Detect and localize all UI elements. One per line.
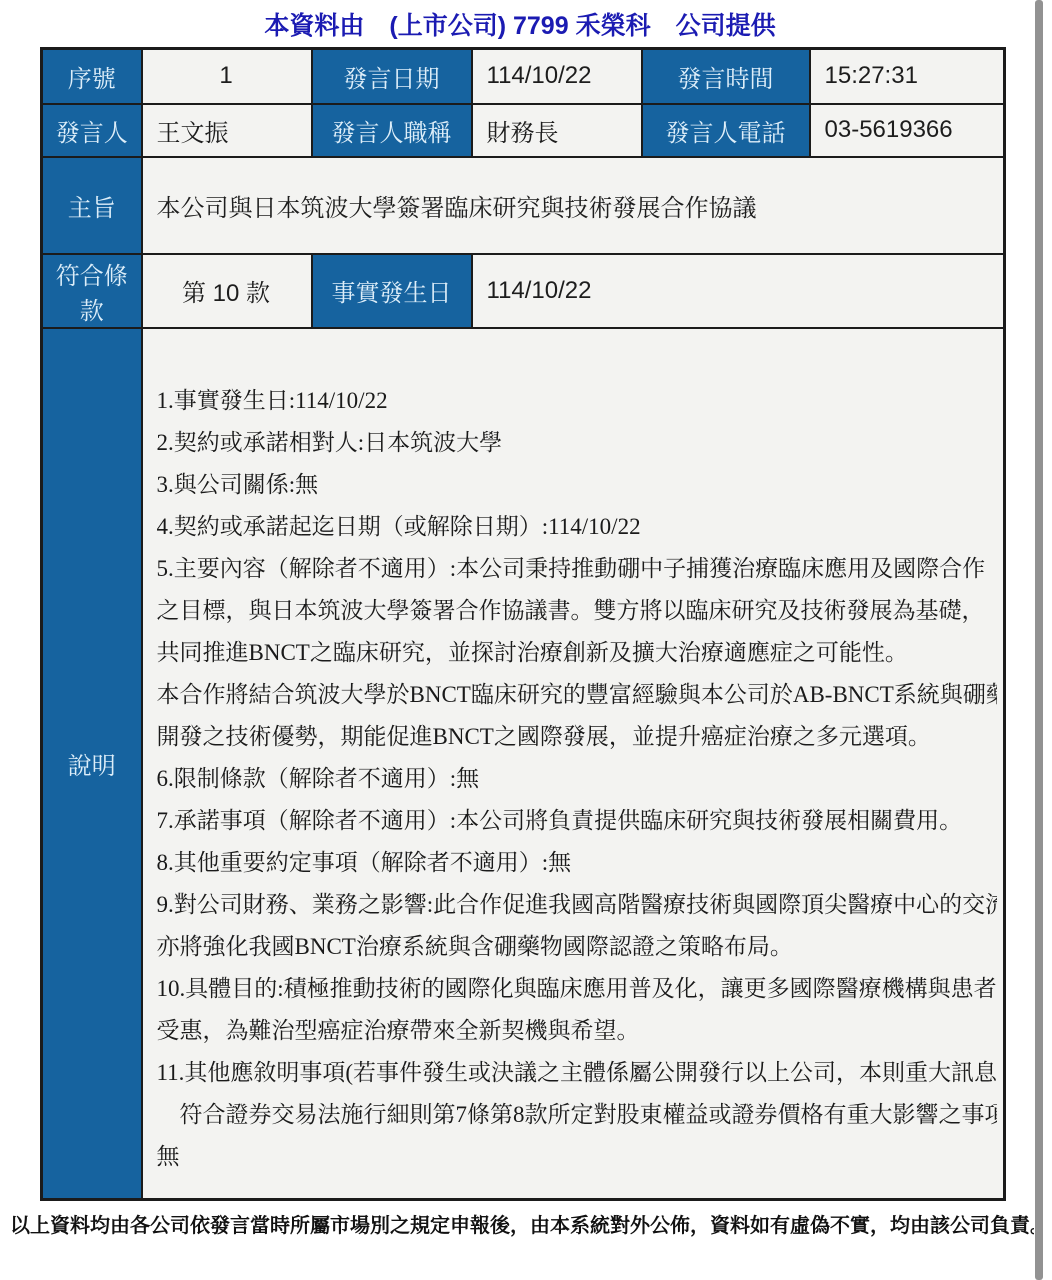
description-line: 開發之技術優勢，期能促進BNCT之國際發展，並提升癌症治療之多元選項。	[157, 716, 998, 758]
table-row-subject: 主旨 本公司與日本筑波大學簽署臨床研究與技術發展合作協議	[42, 157, 1005, 254]
speaker-phone-value-cell: 03-5619366	[810, 104, 1005, 157]
description-line: 1.事實發生日:114/10/22	[157, 380, 998, 422]
table-row-seq: 序號 1 發言日期 114/10/22 發言時間 15:27:31	[42, 49, 1005, 104]
seq-label-cell: 序號	[42, 49, 142, 104]
speak-date-label-cell: 發言日期	[312, 49, 472, 104]
description-line: 共同推進BNCT之臨床研究，並探討治療創新及擴大治療適應症之可能性。	[157, 632, 998, 674]
scrollbar-track	[1034, 0, 1045, 1280]
table-row-description: 說明 1.事實發生日:114/10/222.契約或承諾相對人:日本筑波大學3.與…	[42, 328, 1005, 1200]
description-line: 7.承諾事項（解除者不適用）:本公司將負責提供臨床研究與技術發展相關費用。	[157, 800, 998, 842]
speaker-label-cell: 發言人	[42, 104, 142, 157]
mops-announcement-page: 本資料由 (上市公司) 7799 禾榮科 公司提供 序號 1 發言日期 114/…	[0, 0, 1052, 1280]
description-label-cell: 說明	[42, 328, 142, 1200]
description-line: 6.限制條款（解除者不適用）:無	[157, 758, 998, 800]
description-line: 2.契約或承諾相對人:日本筑波大學	[157, 422, 998, 464]
description-value-cell: 1.事實發生日:114/10/222.契約或承諾相對人:日本筑波大學3.與公司關…	[142, 328, 1005, 1200]
speak-date-value-cell: 114/10/22	[472, 49, 642, 104]
subject-label-cell: 主旨	[42, 157, 142, 254]
table-row-speaker: 發言人 王文振 發言人職稱 財務長 發言人電話 03-5619366	[42, 104, 1005, 157]
description-line: 11.其他應敘明事項(若事件發生或決議之主體係屬公開發行以上公司，本則重大訊息同…	[157, 1052, 998, 1094]
table-row-clause: 符合條款 第 10 款 事實發生日 114/10/22	[42, 254, 1005, 328]
description-line: 亦將強化我國BNCT治療系統與含硼藥物國際認證之策略布局。	[157, 926, 998, 968]
clause-value-cell: 第 10 款	[142, 254, 312, 328]
description-line: 10.具體目的:積極推動技術的國際化與臨床應用普及化，讓更多國際醫療機構與患者	[157, 968, 998, 1010]
seq-value-cell: 1	[142, 49, 312, 104]
description-line: 本合作將結合筑波大學於BNCT臨床研究的豐富經驗與本公司於AB-BNCT系統與硼…	[157, 674, 998, 716]
description-line: 5.主要內容（解除者不適用）:本公司秉持推動硼中子捕獲治療臨床應用及國際合作	[157, 548, 998, 590]
description-line: 無	[157, 1136, 998, 1178]
description-line: 3.與公司關係:無	[157, 464, 998, 506]
description-line: 之目標，與日本筑波大學簽署合作協議書。雙方將以臨床研究及技術發展為基礎，	[157, 590, 998, 632]
speaker-phone-label-cell: 發言人電話	[642, 104, 810, 157]
speaker-value-cell: 王文振	[142, 104, 312, 157]
announcement-table: 序號 1 發言日期 114/10/22 發言時間 15:27:31 發言人 王文…	[40, 47, 1006, 1201]
description-line: 受惠，為難治型癌症治療帶來全新契機與希望。	[157, 1010, 998, 1052]
disclaimer-text: 以上資料均由各公司依發言當時所屬市場別之規定申報後，由本系統對外公佈，資料如有虛…	[10, 1209, 1042, 1238]
description-line: 8.其他重要約定事項（解除者不適用）:無	[157, 842, 998, 884]
clause-label-cell: 符合條款	[42, 254, 142, 328]
page-title: 本資料由 (上市公司) 7799 禾榮科 公司提供	[0, 6, 1040, 42]
fact-date-value-cell: 114/10/22	[472, 254, 1005, 328]
speaker-title-value-cell: 財務長	[472, 104, 642, 157]
speaker-title-label-cell: 發言人職稱	[312, 104, 472, 157]
speak-time-value-cell: 15:27:31	[810, 49, 1005, 104]
description-line: 4.契約或承諾起迄日期（或解除日期）:114/10/22	[157, 506, 998, 548]
fact-date-label-cell: 事實發生日	[312, 254, 472, 328]
description-line: 符合證券交易法施行細則第7條第8款所定對股東權益或證券價格有重大影響之事項):	[157, 1094, 998, 1136]
subject-value-cell: 本公司與日本筑波大學簽署臨床研究與技術發展合作協議	[142, 157, 1005, 254]
speak-time-label-cell: 發言時間	[642, 49, 810, 104]
scrollbar-thumb[interactable]	[1035, 0, 1043, 1280]
description-line: 9.對公司財務、業務之影響:此合作促進我國高階醫療技術與國際頂尖醫療中心的交流，	[157, 884, 998, 926]
